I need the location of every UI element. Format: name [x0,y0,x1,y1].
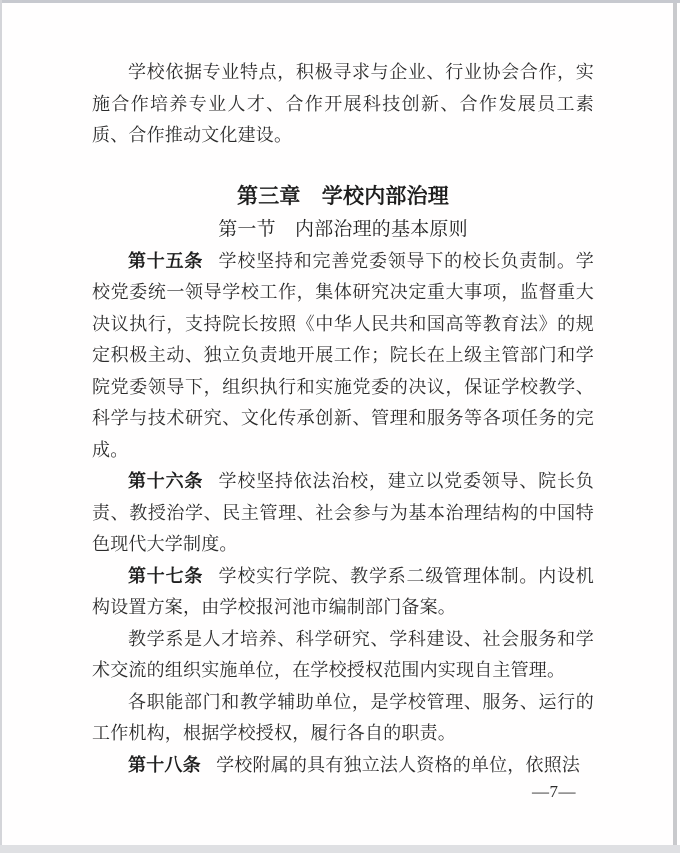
article-number: 第十六条 [128,471,203,491]
article-number: 第十八条 [128,755,201,775]
paragraph: 各职能部门和教学辅助单位，是学校管理、服务、运行的工作机构，根据学校授权，履行各… [92,687,594,750]
document-page: 学校依据专业特点，积极寻求与企业、行业协会合作，实施合作培养专业人才、合作开展科… [2,3,673,845]
article-number: 第十五条 [128,251,203,271]
document-viewer: 学校依据专业特点，积极寻求与企业、行业协会合作，实施合作培养专业人才、合作开展科… [0,0,680,853]
page-number: —7— [532,782,576,802]
paragraph: 教学系是人才培养、科学研究、学科建设、社会服务和学术交流的组织实施单位，在学校授… [92,624,594,687]
chapter-heading: 第三章 学校内部治理 [92,180,594,214]
article-paragraph: 第十七条学校实行学院、教学系二级管理体制。内设机构设置方案，由学校报河池市编制部… [92,561,594,624]
article-paragraph: 第十六条学校坚持依法治校，建立以党委领导、院长负责、教授治学、民主管理、社会参与… [92,466,594,561]
page-content: 学校依据专业特点，积极寻求与企业、行业协会合作，实施合作培养专业人才、合作开展科… [92,57,594,781]
article-number: 第十七条 [128,566,203,586]
page-edge-top [0,0,680,3]
section-heading: 第一节 内部治理的基本原则 [92,214,594,246]
article-paragraph: 第十八条学校附属的具有独立法人资格的单位，依照法 [92,750,594,782]
article-paragraph: 第十五条学校坚持和完善党委领导下的校长负责制。学校党委统一领导学校工作，集体研究… [92,246,594,467]
paragraph: 学校依据专业特点，积极寻求与企业、行业协会合作，实施合作培养专业人才、合作开展科… [92,57,594,152]
page-edge-left [0,0,2,845]
page-edge-right [673,3,677,845]
page-edge-bottom [0,845,680,853]
